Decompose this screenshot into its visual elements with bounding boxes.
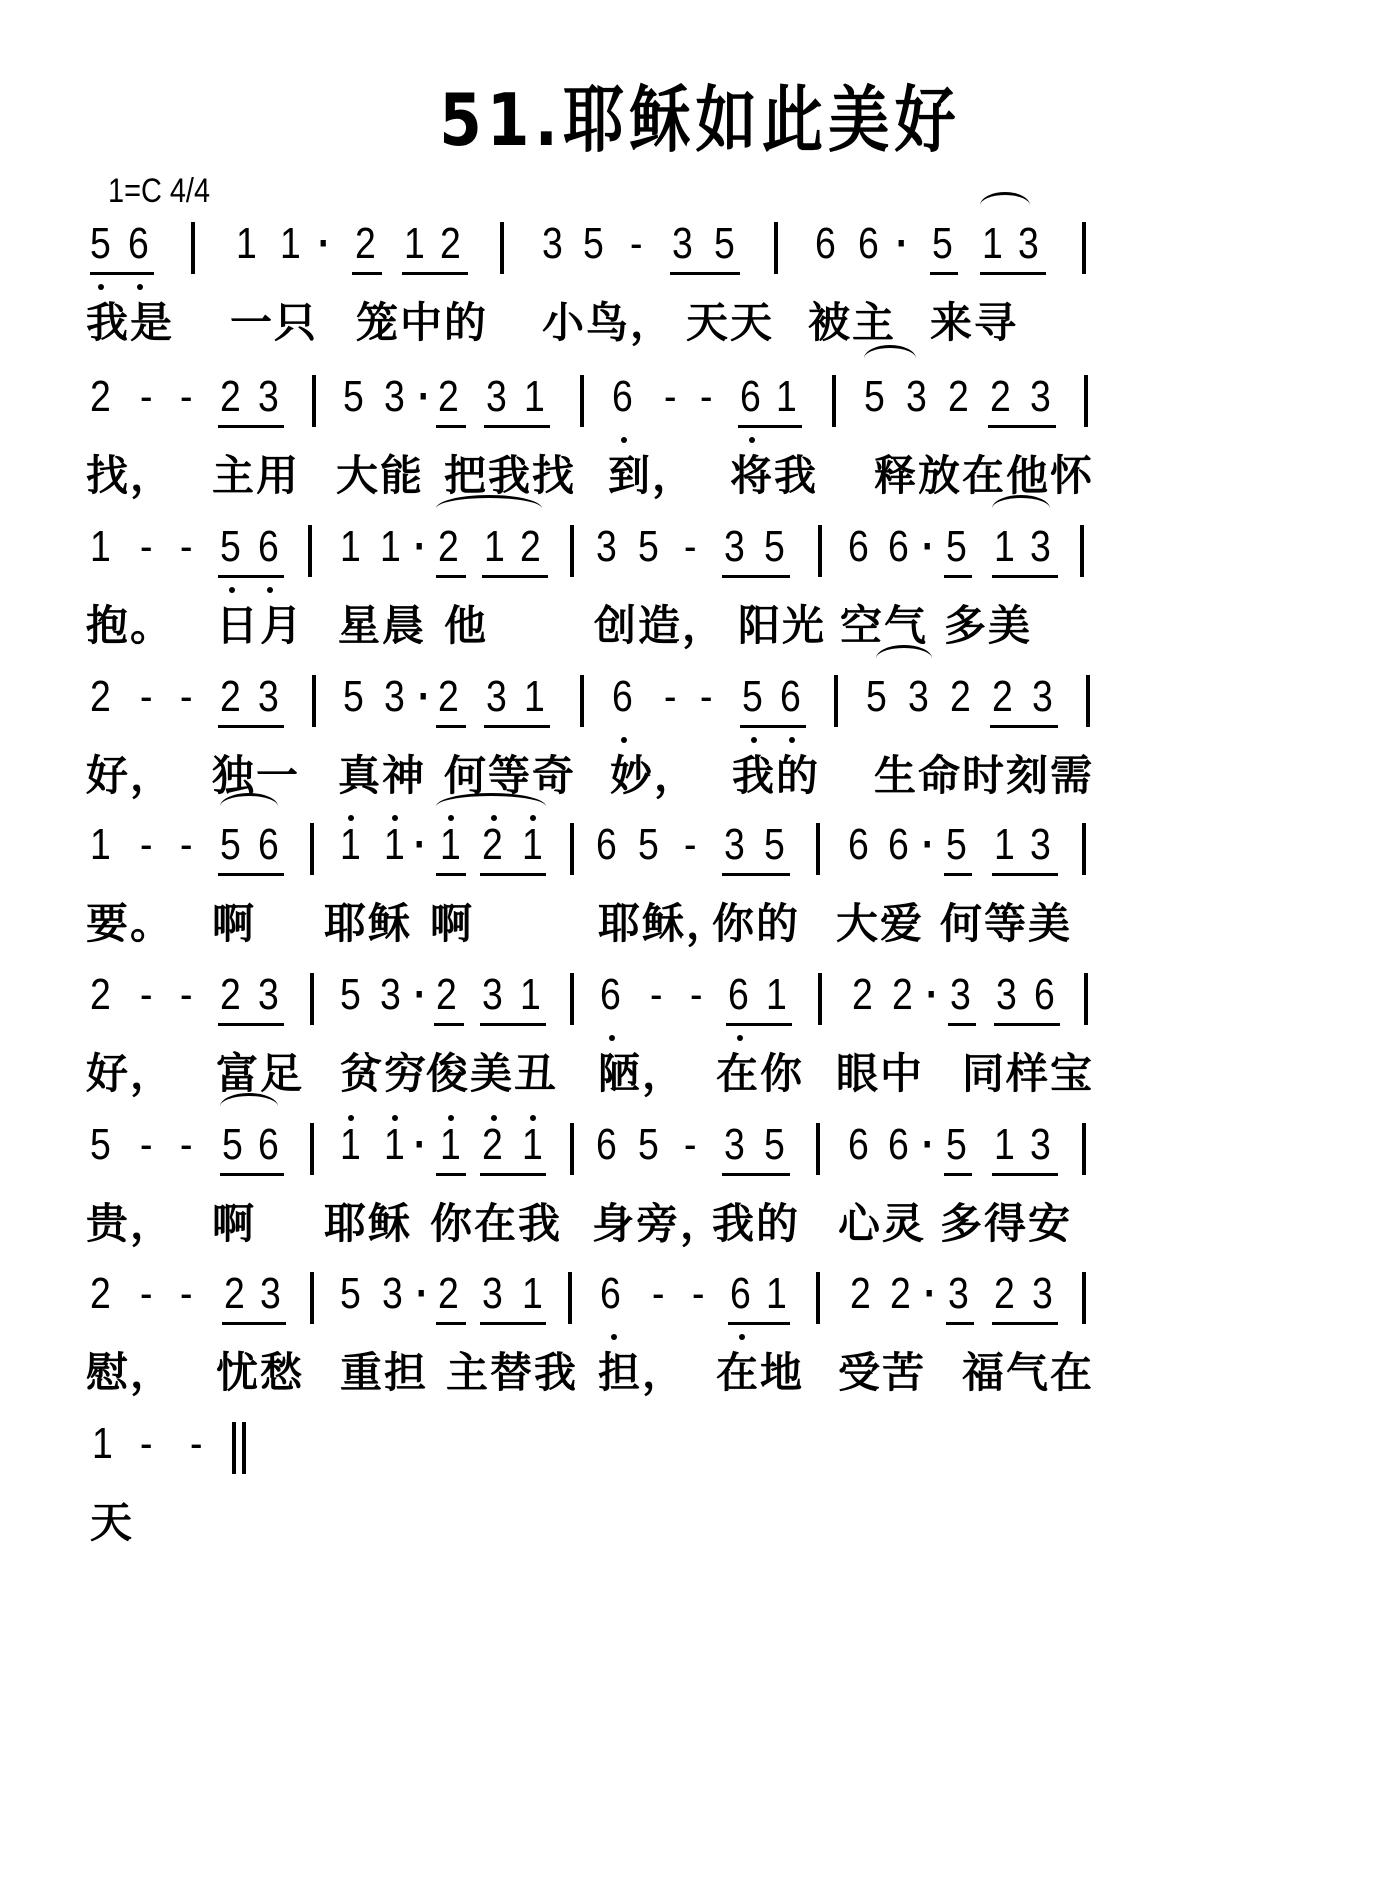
dash: - (652, 1272, 664, 1316)
note: 1 (766, 1272, 787, 1316)
note: 6 (258, 823, 279, 867)
score-line-9: 1 - - 天 (0, 1422, 1400, 1602)
underline (484, 725, 550, 728)
note: 5 (638, 525, 659, 569)
lyric: 俊美丑 (426, 1041, 558, 1101)
note: 1 (440, 1123, 461, 1167)
note: 2 (892, 973, 913, 1017)
note: 6 (815, 222, 836, 266)
lyric: 啊 (430, 891, 474, 951)
underline (220, 1173, 284, 1176)
note: 5 (343, 675, 364, 719)
augmentation-dot: · (922, 1123, 934, 1167)
note: 5 (946, 1123, 967, 1167)
note: 6 (600, 973, 621, 1017)
high-octave-dot (530, 1115, 536, 1121)
underline (946, 1322, 974, 1325)
note: 5 (343, 375, 364, 419)
lyric: 空气 (840, 593, 928, 653)
underline (218, 1023, 284, 1026)
dash: - (664, 675, 676, 719)
dash: - (140, 1422, 152, 1466)
underline (402, 272, 468, 275)
note: 3 (258, 973, 279, 1017)
underline (992, 873, 1058, 876)
high-octave-dot (530, 815, 536, 821)
barline (816, 823, 820, 875)
lyric: 创造， (594, 593, 726, 653)
underline (980, 272, 1046, 275)
note: 2 (890, 1272, 911, 1316)
lyric: 何等美 (940, 891, 1072, 951)
dash: - (700, 375, 712, 419)
lyric: 星晨 (338, 593, 426, 653)
underline (484, 425, 550, 428)
dash: - (140, 823, 152, 867)
note: 2 (850, 1272, 871, 1316)
barline (834, 675, 838, 727)
lyric: 天天 (686, 290, 774, 350)
note: 3 (1030, 1123, 1051, 1167)
augmentation-dot: · (416, 1272, 428, 1316)
lyric: 你在我 (430, 1191, 562, 1251)
dash: - (140, 1272, 152, 1316)
note: 3 (596, 525, 617, 569)
lyric: 他 (444, 593, 488, 653)
dash: - (190, 1422, 202, 1466)
underline (670, 272, 740, 275)
dash: - (630, 222, 642, 266)
barline (816, 1123, 820, 1175)
high-octave-dot (448, 815, 454, 821)
note: 1 (340, 823, 361, 867)
lyric: 要。 (86, 891, 174, 951)
dash: - (180, 375, 192, 419)
note: 1 (236, 222, 257, 266)
dash: - (180, 525, 192, 569)
lyric: 天 (90, 1490, 134, 1550)
augmentation-dot: · (414, 1123, 426, 1167)
note: 1 (994, 823, 1015, 867)
barline (1086, 675, 1090, 727)
note: 3 (486, 675, 507, 719)
lyric: 真神 (338, 743, 426, 803)
lyric: 笼中的 (356, 290, 488, 350)
augmentation-dot: · (414, 525, 426, 569)
note: 1 (982, 222, 1003, 266)
note: 2 (482, 823, 503, 867)
dash: - (664, 375, 676, 419)
lyric: 我是 (86, 290, 174, 350)
note: 1 (340, 525, 361, 569)
note: 6 (258, 525, 279, 569)
underline (992, 575, 1058, 578)
note: 6 (858, 222, 879, 266)
lyric: 把我找 (444, 443, 576, 503)
slur (980, 192, 1030, 219)
underline (988, 425, 1056, 428)
note: 2 (950, 675, 971, 719)
lyric: 妙， (610, 743, 698, 803)
lyric: 小鸟， (542, 290, 674, 350)
augmentation-dot: · (922, 525, 934, 569)
underline (218, 425, 284, 428)
note: 3 (1032, 675, 1053, 719)
note: 3 (486, 375, 507, 419)
note: 3 (1032, 1272, 1053, 1316)
lyric: 富足 (216, 1041, 304, 1101)
underline (740, 725, 806, 728)
note: 3 (906, 375, 927, 419)
lyric: 主用 (212, 443, 300, 503)
note: 2 (994, 1272, 1015, 1316)
high-octave-dot (348, 815, 354, 821)
note: 2 (436, 973, 457, 1017)
note: 5 (220, 525, 241, 569)
note: 1 (520, 973, 541, 1017)
underline (218, 725, 284, 728)
barline (774, 222, 778, 274)
note: 6 (888, 823, 909, 867)
note: 3 (724, 1123, 745, 1167)
lyric: 你的 (712, 891, 800, 951)
lyric: 我的 (732, 743, 820, 803)
slur (992, 495, 1050, 522)
note: 6 (848, 525, 869, 569)
underline (436, 425, 466, 428)
note: 1 (440, 823, 461, 867)
note: 5 (90, 222, 111, 266)
note: 1 (384, 1123, 405, 1167)
note: 1 (90, 823, 111, 867)
note: 1 (522, 823, 543, 867)
key-time-signature: 1=C 4/4 (108, 172, 210, 211)
lyric: 阳光 (738, 593, 826, 653)
augmentation-dot: · (418, 375, 430, 419)
underline (436, 1322, 466, 1325)
note: 1 (280, 222, 301, 266)
note: 3 (258, 375, 279, 419)
note: 1 (90, 525, 111, 569)
underline (482, 575, 548, 578)
note: 2 (438, 525, 459, 569)
underline (222, 1322, 286, 1325)
dash: - (140, 675, 152, 719)
note: 3 (1030, 375, 1051, 419)
note: 2 (90, 675, 111, 719)
dash: - (180, 675, 192, 719)
note: 2 (438, 1272, 459, 1316)
barline (570, 973, 574, 1025)
note: 3 (384, 675, 405, 719)
dash: - (684, 525, 696, 569)
note: 2 (440, 222, 461, 266)
lyric: 来寻 (930, 290, 1018, 350)
high-octave-dot (448, 1115, 454, 1121)
underline (436, 725, 466, 728)
lyric: 耶稣 (324, 1191, 412, 1251)
note: 3 (380, 973, 401, 1017)
underline (90, 272, 154, 275)
note: 3 (482, 1272, 503, 1316)
note: 6 (1034, 973, 1055, 1017)
underline (944, 873, 972, 876)
song-title: 51.耶稣如此美好 (105, 62, 1295, 166)
dash: - (690, 973, 702, 1017)
note: 6 (888, 525, 909, 569)
dash: - (684, 1123, 696, 1167)
note: 6 (780, 675, 801, 719)
barline (832, 375, 836, 427)
underline (738, 425, 802, 428)
underline (990, 725, 1058, 728)
lyric: 啊 (212, 1191, 256, 1251)
lyric: 找， (86, 443, 174, 503)
note: 2 (220, 375, 241, 419)
high-octave-dot (392, 815, 398, 821)
note: 2 (990, 375, 1011, 419)
underline (992, 1173, 1058, 1176)
underline (480, 1023, 546, 1026)
barline (191, 222, 195, 274)
underline (728, 1322, 790, 1325)
note: 5 (583, 222, 604, 266)
dash: - (140, 1123, 152, 1167)
note: 3 (1030, 525, 1051, 569)
note: 5 (946, 823, 967, 867)
note: 1 (404, 222, 425, 266)
lyric: 陋， (598, 1041, 686, 1101)
underline (722, 1173, 790, 1176)
barline (1082, 1123, 1086, 1175)
note: 1 (766, 973, 787, 1017)
note: 5 (764, 823, 785, 867)
note: 1 (524, 675, 545, 719)
underline (944, 575, 972, 578)
lyric: 福气在 (962, 1340, 1094, 1400)
note: 3 (950, 973, 971, 1017)
augmentation-dot: · (418, 675, 430, 719)
note: 2 (224, 1272, 245, 1316)
barline (1084, 973, 1088, 1025)
lyric: 心灵 (838, 1191, 926, 1251)
lyric: 贵， (86, 1191, 174, 1251)
underline (726, 1023, 792, 1026)
note: 3 (1018, 222, 1039, 266)
barline (580, 375, 584, 427)
note: 1 (524, 375, 545, 419)
note: 6 (128, 222, 149, 266)
dash: - (140, 525, 152, 569)
note: 5 (340, 1272, 361, 1316)
barline (312, 675, 316, 727)
underline (480, 1322, 546, 1325)
barline (816, 1272, 820, 1324)
note: 5 (220, 823, 241, 867)
underline (436, 873, 466, 876)
note: 1 (522, 1272, 543, 1316)
augmentation-dot: · (896, 222, 908, 266)
lyric: 抱。 (86, 593, 174, 653)
note: 3 (382, 1272, 403, 1316)
note: 1 (484, 525, 505, 569)
note: 5 (864, 375, 885, 419)
note: 6 (612, 675, 633, 719)
barline (818, 973, 822, 1025)
barline (310, 973, 314, 1025)
underline (218, 873, 284, 876)
note: 3 (724, 823, 745, 867)
augmentation-dot: · (318, 222, 330, 266)
underline (480, 1173, 546, 1176)
note: 2 (90, 973, 111, 1017)
note: 1 (340, 1123, 361, 1167)
note: 5 (714, 222, 735, 266)
lyric: 身旁， (592, 1191, 724, 1251)
note: 6 (612, 375, 633, 419)
underline (944, 1173, 972, 1176)
lyric: 同样宝 (962, 1041, 1094, 1101)
barline (310, 823, 314, 875)
dash: - (684, 823, 696, 867)
slur (220, 1093, 278, 1120)
note: 1 (92, 1422, 113, 1466)
underline (480, 873, 546, 876)
note: 2 (438, 375, 459, 419)
lyric: 释放在他怀 (874, 443, 1094, 503)
lyric: 在你 (716, 1041, 804, 1101)
lyric: 受苦 (838, 1340, 926, 1400)
note: 2 (90, 375, 111, 419)
underline (994, 1023, 1060, 1026)
note: 6 (740, 375, 761, 419)
underline (352, 272, 382, 275)
augmentation-dot: · (414, 973, 426, 1017)
note: 3 (260, 1272, 281, 1316)
dash: - (140, 973, 152, 1017)
note: 3 (258, 675, 279, 719)
note: 2 (438, 675, 459, 719)
lyric: 到， (608, 443, 696, 503)
note: 3 (996, 973, 1017, 1017)
note: 6 (848, 823, 869, 867)
barline (818, 525, 822, 577)
note: 3 (908, 675, 929, 719)
note: 3 (384, 375, 405, 419)
note: 6 (848, 1123, 869, 1167)
note: 6 (596, 823, 617, 867)
lyric: 耶稣， (598, 891, 730, 951)
dash: - (700, 675, 712, 719)
slur (220, 793, 278, 820)
note: 1 (384, 823, 405, 867)
note: 2 (482, 1123, 503, 1167)
barline (1082, 222, 1086, 274)
note: 2 (90, 1272, 111, 1316)
underline (722, 873, 790, 876)
note: 1 (994, 1123, 1015, 1167)
note: 1 (994, 525, 1015, 569)
barline (1082, 823, 1086, 875)
note: 5 (222, 1123, 243, 1167)
underline (930, 272, 958, 275)
note: 1 (380, 525, 401, 569)
lyric: 忧愁 (216, 1340, 304, 1400)
lyric: 将我 (730, 443, 818, 503)
slur (436, 495, 542, 522)
barline (1084, 375, 1088, 427)
dash: - (692, 1272, 704, 1316)
underline (436, 575, 466, 578)
high-octave-dot (348, 1115, 354, 1121)
lyric: 一只 (230, 290, 318, 350)
lyric: 多得安 (940, 1191, 1072, 1251)
note: 2 (220, 973, 241, 1017)
augmentation-dot: · (926, 973, 938, 1017)
note: 6 (888, 1123, 909, 1167)
lyric: 担， (598, 1340, 686, 1400)
note: 5 (90, 1123, 111, 1167)
barline (570, 1123, 574, 1175)
note: 3 (482, 973, 503, 1017)
note: 5 (764, 1123, 785, 1167)
dash: - (140, 375, 152, 419)
note: 6 (730, 1272, 751, 1316)
slur (876, 645, 932, 672)
dash: - (180, 1272, 192, 1316)
lyric: 贫穷 (340, 1041, 428, 1101)
barline (580, 675, 584, 727)
barline (570, 823, 574, 875)
note: 5 (742, 675, 763, 719)
barline (1080, 525, 1084, 577)
lyric: 被主 (808, 290, 896, 350)
note: 3 (672, 222, 693, 266)
lyric: 大能 (336, 443, 424, 503)
lyric: 我的 (712, 1191, 800, 1251)
lyric: 在地 (716, 1340, 804, 1400)
underline (722, 575, 790, 578)
augmentation-dot: · (414, 823, 426, 867)
note: 5 (932, 222, 953, 266)
note: 5 (946, 525, 967, 569)
note: 5 (638, 823, 659, 867)
augmentation-dot: · (924, 1272, 936, 1316)
dash: - (650, 973, 662, 1017)
lyric: 生命时刻需 (874, 743, 1094, 803)
high-octave-dot (392, 1115, 398, 1121)
note: 6 (596, 1123, 617, 1167)
high-octave-dot (491, 815, 497, 821)
lyric: 多美 (944, 593, 1032, 653)
lyric: 耶稣 (324, 891, 412, 951)
lyric: 眼中 (836, 1041, 924, 1101)
slur (864, 345, 916, 372)
note: 1 (522, 1123, 543, 1167)
lyric: 好， (86, 1041, 174, 1101)
barline (1082, 1272, 1086, 1324)
lyric: 主替我 (446, 1340, 578, 1400)
lyric: 好， (86, 743, 174, 803)
lyric: 啊 (212, 891, 256, 951)
high-octave-dot (491, 1115, 497, 1121)
note: 6 (600, 1272, 621, 1316)
note: 2 (948, 375, 969, 419)
dash: - (180, 823, 192, 867)
lyric: 日月 (216, 593, 304, 653)
barline (310, 1123, 314, 1175)
underline (992, 1322, 1058, 1325)
